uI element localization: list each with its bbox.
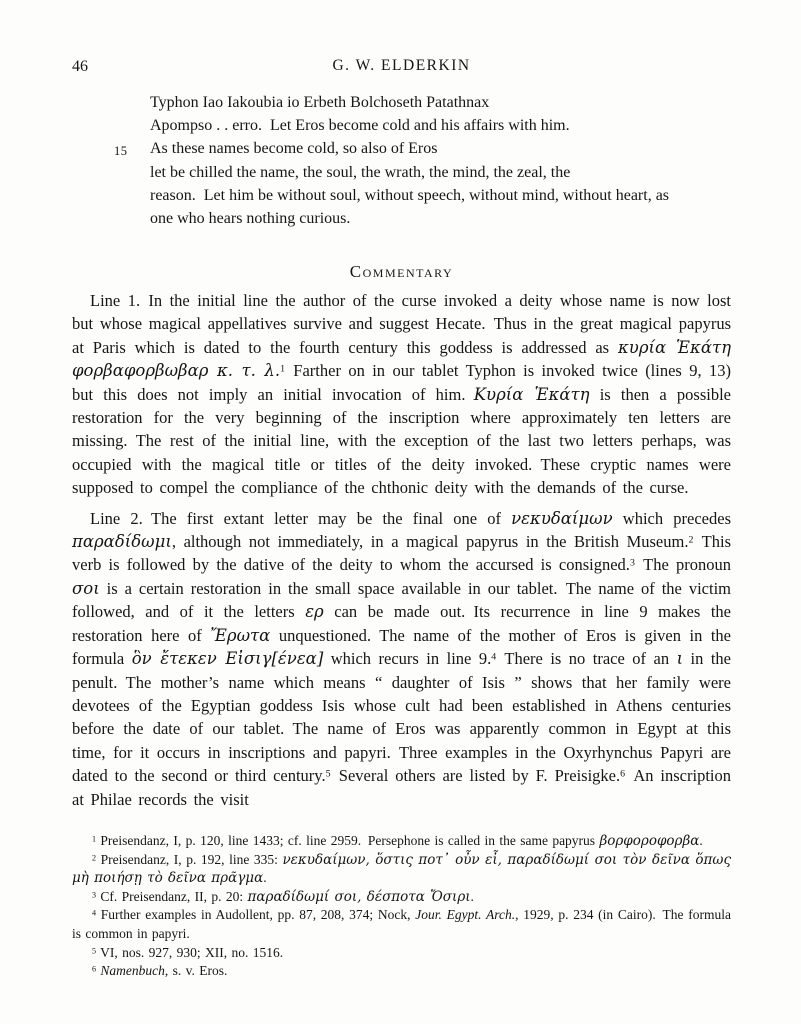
commentary-section-heading: Commentary [72,262,731,282]
verse-line-number: 15 [114,140,128,163]
poem-line-text: Typhon Iao Iakoubia io Erbeth Bolchoseth… [150,94,489,111]
poem-line-text: let be chilled the name, the soul, the w… [150,164,570,181]
poem-line-text: As these names become cold, so also of E… [150,140,437,157]
poem-line: let be chilled the name, the soul, the w… [150,161,750,184]
paragraph-line-1-commentary: Line 1. In the initial line the author o… [72,289,731,500]
running-head-author: G. W. ELDERKIN [72,57,731,75]
footnote-5: 5 VI, nos. 927, 930; XII, no. 1516. [72,944,731,963]
page-header: 46 G. W. ELDERKIN [72,57,731,79]
poem-line: one who hears nothing curious. [150,207,750,230]
footnote-4: 4 Further examples in Audollent, pp. 87,… [72,906,731,943]
footnote-2: 2 Preisendanz, I, p. 192, line 335: νεκυ… [72,851,731,888]
paragraph-line-2-commentary: Line 2. The first extant letter may be t… [72,507,731,811]
poem-line-text: Apompso . . erro. Let Eros become cold a… [150,117,570,134]
scanned-paper-page: 46 G. W. ELDERKIN Typhon Iao Iakoubia io… [0,0,801,1024]
poem-line-text: reason. Let him be without soul, without… [150,187,669,204]
commentary-body: Line 1. In the initial line the author o… [72,289,731,981]
footnote-3: 3 Cf. Preisendanz, II, p. 20: παραδίδωμί… [72,888,731,907]
footnote-6: 6 Namenbuch, s. v. Eros. [72,962,731,981]
poem-line: reason. Let him be without soul, without… [150,184,750,207]
poem-line: Typhon Iao Iakoubia io Erbeth Bolchoseth… [150,91,750,114]
poem-line-text: one who hears nothing curious. [150,210,350,227]
footnotes-section: 1 Preisendanz, I, p. 120, line 1433; cf.… [72,832,731,981]
poem-line: Apompso . . erro. Let Eros become cold a… [150,114,750,137]
poem-line: 15 As these names become cold, so also o… [150,137,750,160]
footnote-1: 1 Preisendanz, I, p. 120, line 1433; cf.… [72,832,731,851]
curse-translation-block: Typhon Iao Iakoubia io Erbeth Bolchoseth… [150,91,750,230]
